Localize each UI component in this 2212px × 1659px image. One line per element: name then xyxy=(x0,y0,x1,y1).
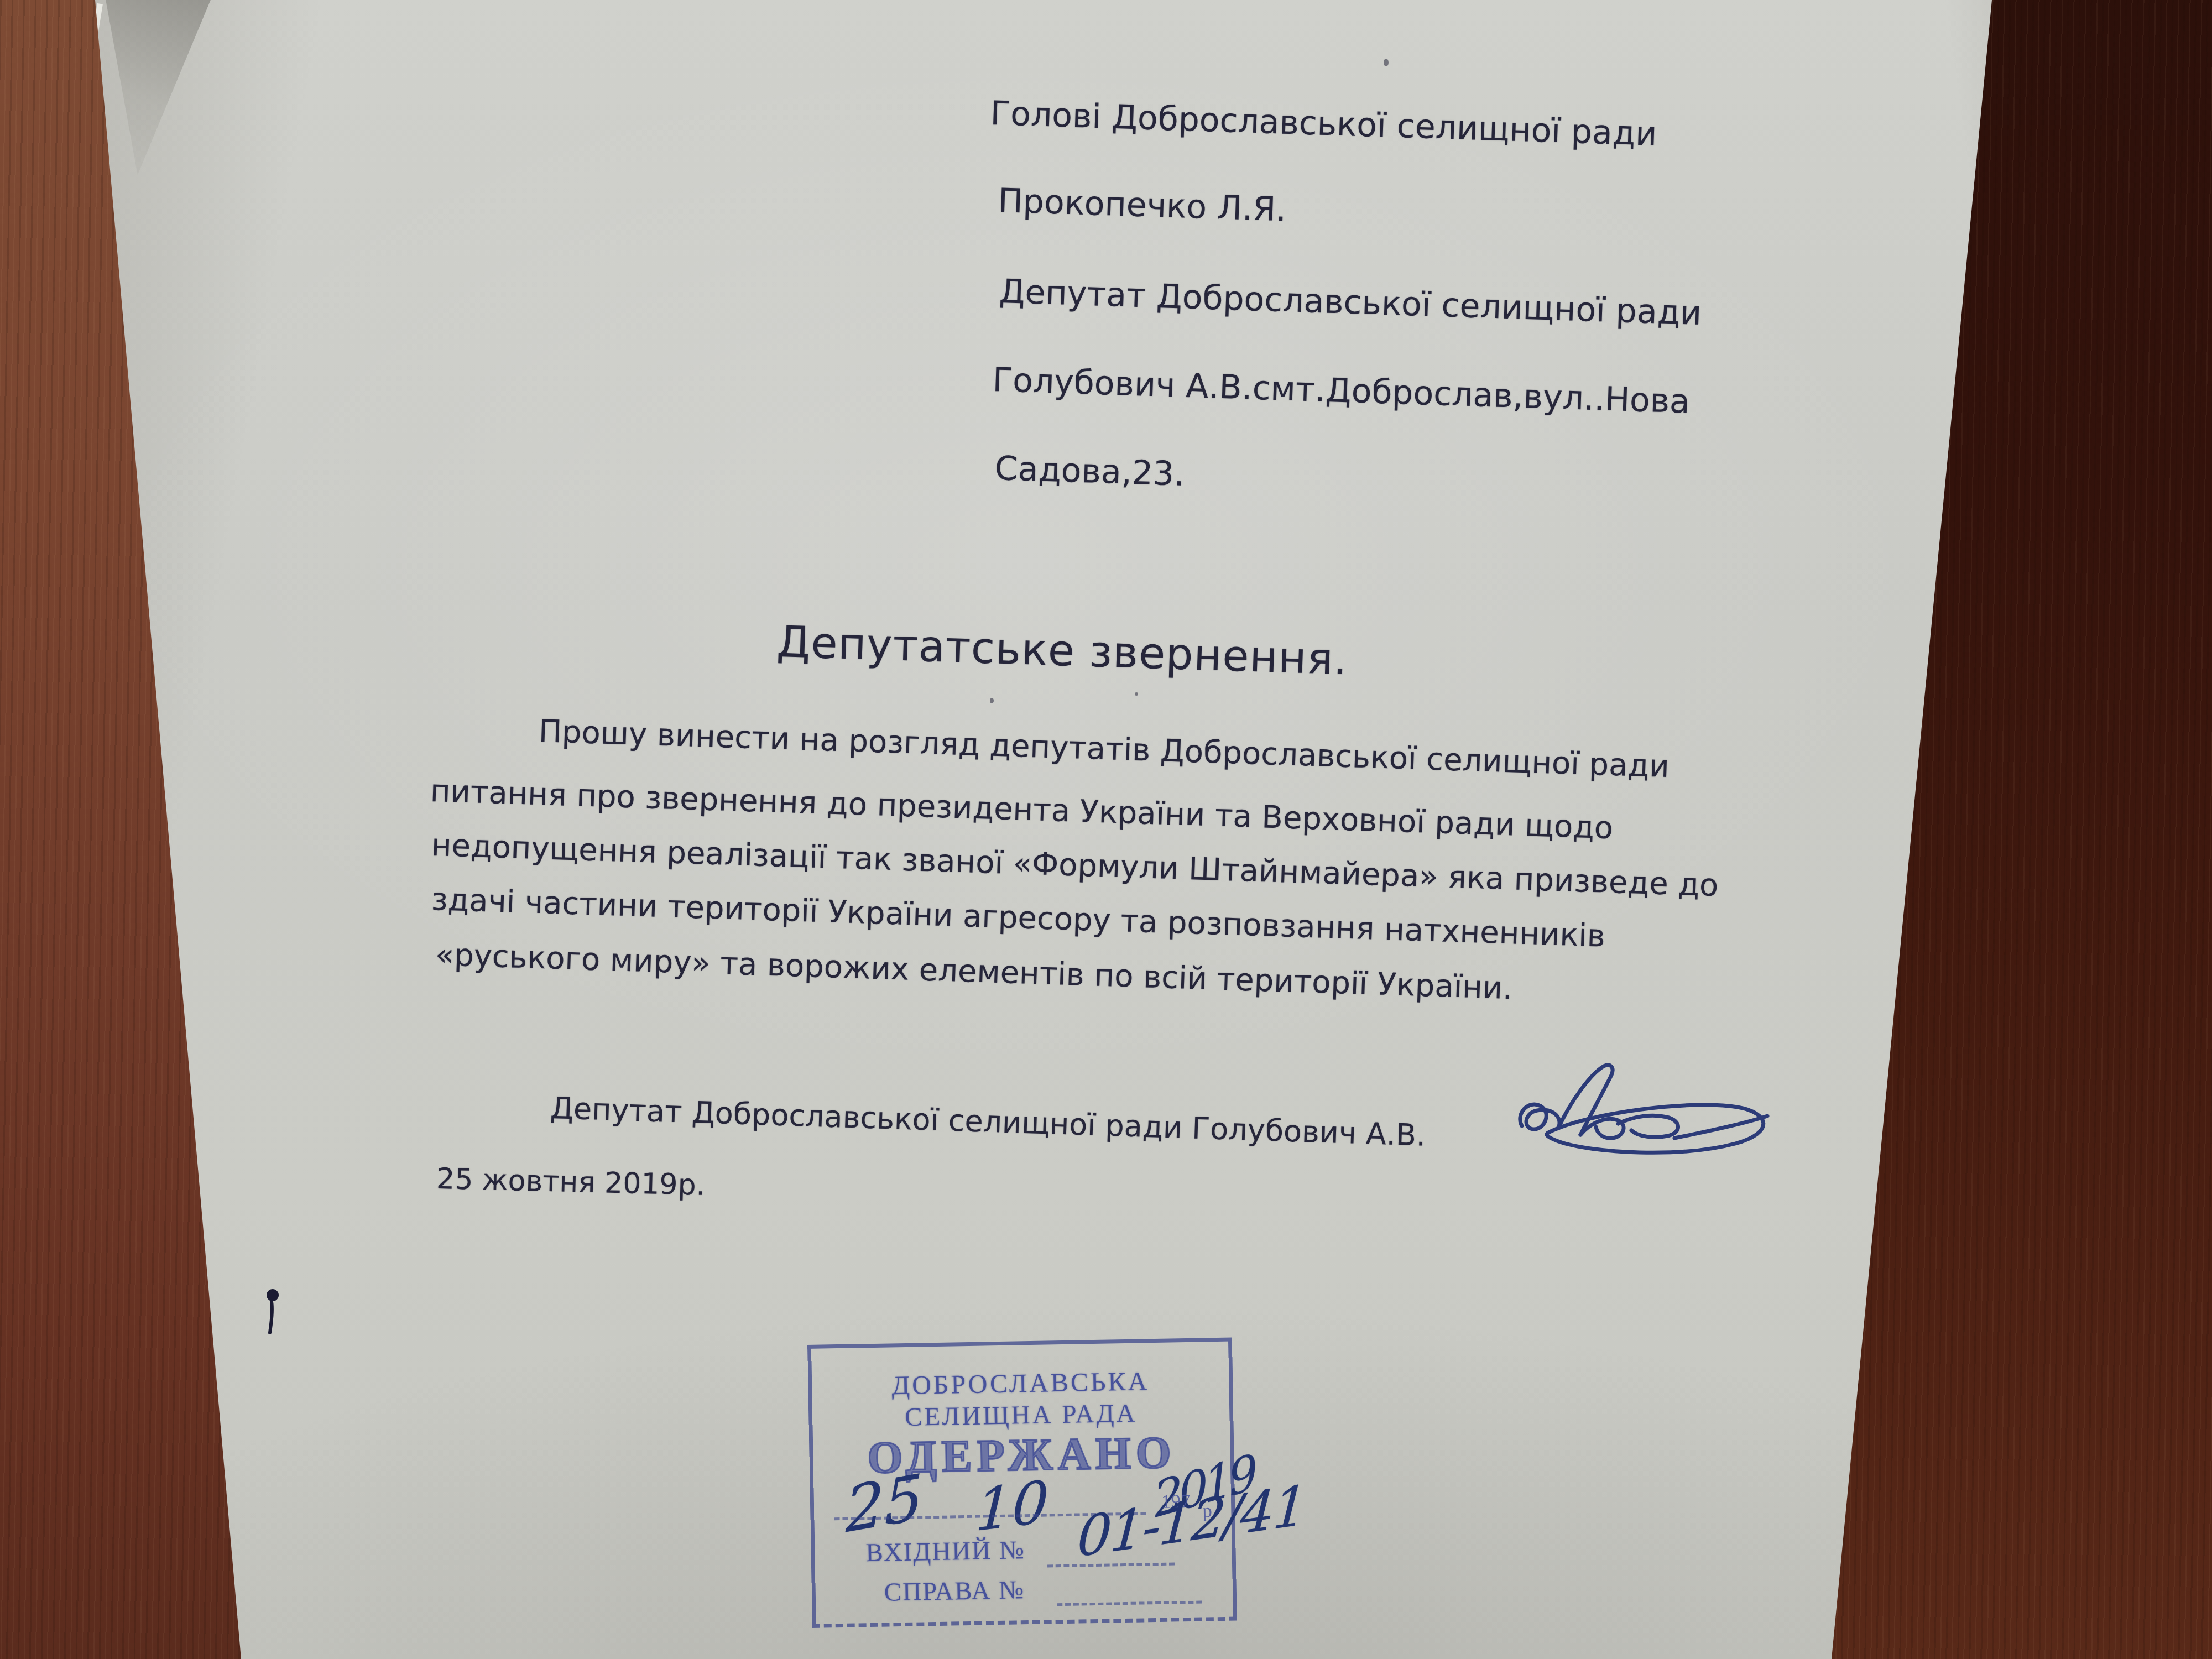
received-stamp: ДОБРОСЛАВСЬКА СЕЛИЩНА РАДА ОДЕРЖАНО 25 1… xyxy=(807,1338,1237,1628)
stamp-handwritten-month: 10 xyxy=(974,1468,1050,1545)
stamp-handwritten-day: 25 xyxy=(846,1460,923,1547)
signature-ink xyxy=(1509,1060,1780,1165)
stamp-case-underline xyxy=(1057,1601,1202,1606)
stamp-incoming-label: ВХІДНИЙ № xyxy=(865,1535,1025,1568)
sender-line-3: Садова,23. xyxy=(994,449,1186,494)
stamp-org-name-line-1: ДОБРОСЛАВСЬКА xyxy=(812,1365,1229,1402)
date-line: 25 жовтня 2019р. xyxy=(436,1162,706,1202)
ink-blot xyxy=(264,1287,286,1343)
paper-speck xyxy=(990,698,994,703)
stamp-case-label: СПРАВА № xyxy=(884,1575,1025,1607)
photo-of-document: Голові Доброславської селищної ради Прок… xyxy=(0,0,2212,1659)
paper-speck xyxy=(1135,692,1138,696)
paper-speck xyxy=(1384,59,1389,66)
